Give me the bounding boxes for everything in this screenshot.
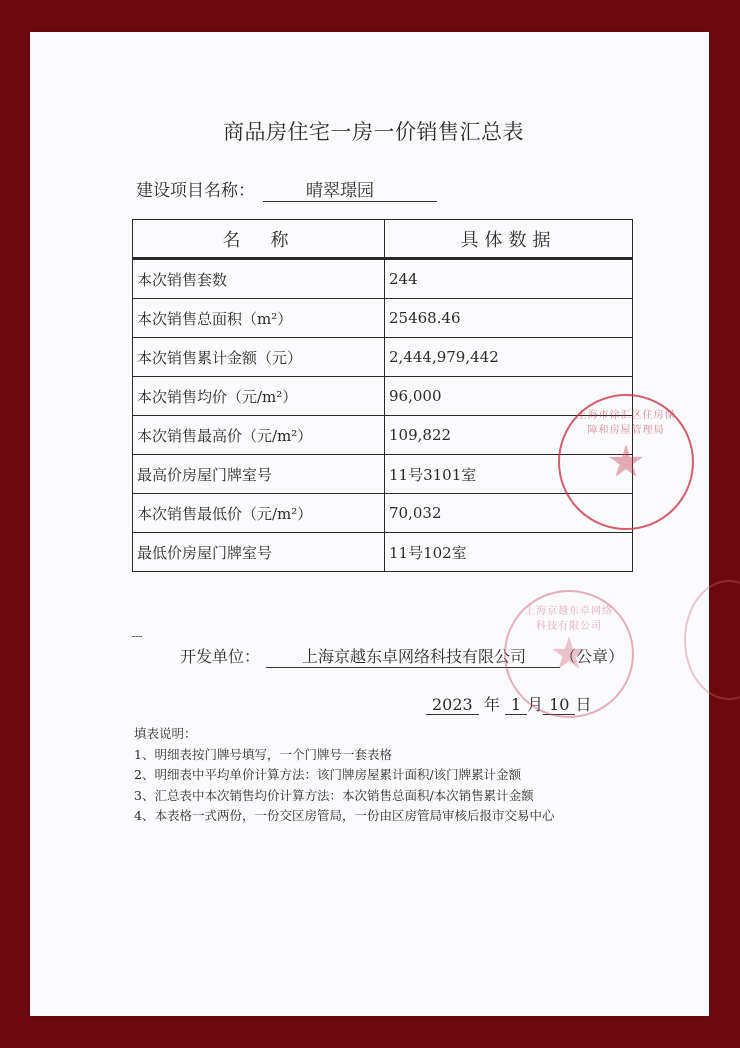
table-row: 本次销售总面积（m²） 25468.46 xyxy=(133,299,633,338)
table-header-row: 名 称 具体数据 xyxy=(133,220,633,259)
row-label: 本次销售均价（元/m²） xyxy=(133,377,385,416)
table-row: 本次销售均价（元/m²） 96,000 xyxy=(133,377,633,416)
table-row: 本次销售最低价（元/m²） 70,032 xyxy=(133,494,633,533)
date-year-label: 年 xyxy=(484,695,500,714)
dash-mark xyxy=(132,636,142,637)
date-year: 2023 xyxy=(426,695,479,715)
row-value: 2,444,979,442 xyxy=(385,338,633,377)
row-label: 本次销售总面积（m²） xyxy=(133,299,385,338)
star-icon: ★ xyxy=(606,437,645,488)
project-name-line: 建设项目名称：晴翠璟园 xyxy=(136,176,437,202)
row-label: 最低价房屋门牌室号 xyxy=(133,533,385,572)
row-label: 本次销售累计金额（元） xyxy=(133,338,385,377)
row-label: 本次销售最高价（元/m²） xyxy=(133,416,385,455)
row-label: 最高价房屋门牌室号 xyxy=(133,455,385,494)
developer-seal: 上海京越东卓网络科技有限公司 ★ xyxy=(504,590,634,718)
document-page: 商品房住宅一房一价销售汇总表 建设项目名称：晴翠璟园 名 称 具体数据 本次销售… xyxy=(30,32,709,1016)
project-label: 建设项目名称： xyxy=(136,181,255,201)
row-label: 本次销售最低价（元/m²） xyxy=(133,494,385,533)
project-name: 晴翠璟园 xyxy=(263,176,437,202)
instruction-item: 1、明细表按门牌号填写，一个门牌号一套表格 xyxy=(134,745,554,766)
row-value: 11号102室 xyxy=(385,533,633,572)
authority-seal: 上海市徐汇区住房保障和房屋管理局 ★ xyxy=(558,394,694,530)
sales-summary-table: 名 称 具体数据 本次销售套数 244 本次销售总面积（m²） 25468.46… xyxy=(132,219,633,572)
table-row: 最低价房屋门牌室号 11号102室 xyxy=(133,533,633,572)
table-row: 本次销售累计金额（元） 2,444,979,442 xyxy=(133,338,633,377)
instructions: 填表说明： 1、明细表按门牌号填写，一个门牌号一套表格 2、明细表中平均单价计算… xyxy=(134,724,554,827)
row-value: 244 xyxy=(385,259,633,299)
row-label: 本次销售套数 xyxy=(133,259,385,299)
instruction-item: 3、汇总表中本次销售均价计算方法：本次销售总面积/本次销售累计金额 xyxy=(134,786,554,807)
developer-seal-text: 上海京越东卓网络科技有限公司 xyxy=(506,602,632,632)
developer-label: 开发单位： xyxy=(180,647,260,666)
header-value: 具体数据 xyxy=(385,220,633,259)
instructions-heading: 填表说明： xyxy=(134,724,554,745)
authority-seal-text: 上海市徐汇区住房保障和房屋管理局 xyxy=(560,406,692,436)
star-icon: ★ xyxy=(549,629,588,680)
header-name: 名 称 xyxy=(133,220,385,259)
table-row: 本次销售套数 244 xyxy=(133,259,633,299)
row-value: 25468.46 xyxy=(385,299,633,338)
instruction-item: 2、明细表中平均单价计算方法：该门牌房屋累计面积/该门牌累计金额 xyxy=(134,765,554,786)
instruction-item: 4、本表格一式两份，一份交区房管局，一份由区房管局审核后报市交易中心 xyxy=(134,806,554,827)
document-title: 商品房住宅一房一价销售汇总表 xyxy=(30,116,709,146)
table-row: 本次销售最高价（元/m²） 109,822 xyxy=(133,416,633,455)
partial-seal xyxy=(684,580,740,700)
